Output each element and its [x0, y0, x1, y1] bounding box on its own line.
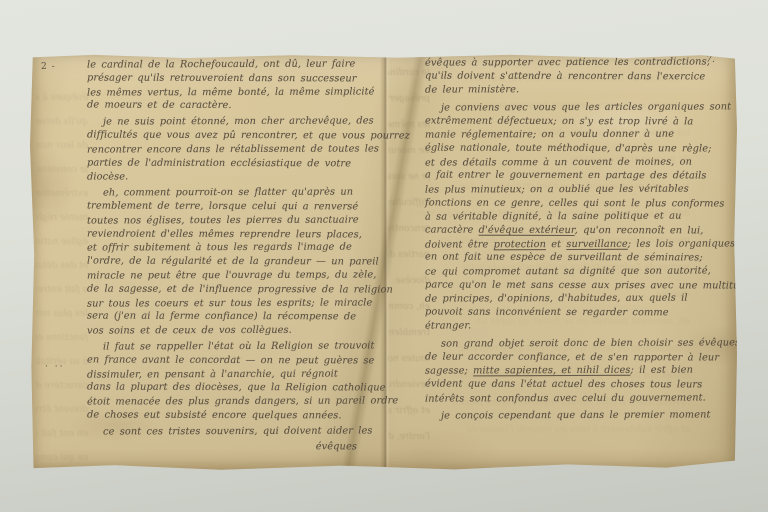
paragraph: je ne suis point étonné, mon cher archev…: [87, 115, 383, 184]
bleedthrough-line: eh, comment pourroit-on se flatter qu'ap…: [388, 294, 430, 320]
bleedthrough-line: tremblement de terre, lorsque celui qui …: [388, 320, 430, 346]
bleedthrough-line: fonctions en ce genre, celles qui sont l…: [36, 326, 88, 350]
manuscript-line: les plus minutieux; on a oublié que les …: [425, 182, 731, 197]
bleedthrough-line: extrêmement défectueux; on s'y est trop …: [36, 182, 88, 206]
paragraph: je conviens avec vous que les articles o…: [425, 101, 731, 333]
bleedthrough-line: et des détails comme à un couvent de moi…: [36, 254, 88, 278]
paragraph: il faut se rappeller l'état où la Religi…: [87, 340, 383, 423]
bleedthrough-line: je ne suis point étonné, mon cher archev…: [388, 164, 430, 190]
manuscript-line: en france avant le concordat — on ne peu…: [87, 353, 383, 368]
manuscript-line: diocèse.: [87, 170, 383, 185]
manuscript-line: dissimuler, en pensant à l'anarchie, qui…: [87, 367, 383, 382]
bleedthrough-line: le cardinal de la Rochefoucauld, ont dû,…: [388, 60, 430, 86]
bleedthrough-line: manie réglementaire; on a voulu donner à…: [36, 206, 88, 230]
bleedthrough-line: caractère d'évêque extérieur, qu'on reco…: [36, 374, 88, 398]
manuscript-line: miracle ne peut être que l'ouvrage du te…: [87, 268, 383, 283]
right-page-text: évêques à supporter avec patience les co…: [425, 56, 731, 423]
manuscript-line: dans la plupart des diocèses, que la Rel…: [87, 381, 383, 396]
manuscript-line: étoit menacée des plus grands dangers, s…: [87, 395, 383, 410]
paragraph: le cardinal de la Rochefoucauld, ont dû,…: [87, 58, 383, 113]
bleedthrough-line: en ont fait une espèce de surveillant de…: [36, 422, 88, 446]
paragraph: je conçois cependant que dans le premier…: [425, 409, 731, 423]
paragraph: eh, comment pourroit-on se flatter qu'ap…: [87, 186, 383, 338]
manuscript-line: rencontrer encore dans le rétablissement…: [87, 142, 383, 157]
bleedthrough-line: rencontrer encore dans le rétablissement…: [388, 216, 430, 242]
bleedthrough-line: présager qu'ils retrouveroient dans son …: [388, 86, 430, 112]
manuscript-line: sera (j'en ai la ferme confiance) la réc…: [87, 310, 383, 325]
manuscript-line: sagesse; mitte sapientes, et nihil dices…: [425, 364, 731, 379]
margin-mark: · ··: [45, 362, 64, 372]
manuscript-line: extrêmement défectueux; on s'y est trop …: [425, 114, 731, 129]
manuscript-line: et offrir subitement à tous les regards …: [87, 241, 383, 256]
manuscript-line: ce sont ces tristes souvenirs, qui doive…: [87, 424, 383, 439]
bleedthrough-line: qu'ils doivent s'attendre à rencontrer d…: [36, 110, 88, 134]
manuscript-line: caractère d'évêque extérieur, qu'on reco…: [425, 223, 731, 238]
bleedthrough-line: parties de l'administration ecclésiastiq…: [388, 242, 430, 268]
manuscript-line: son grand objet seroit donc de bien choi…: [425, 337, 731, 352]
manuscript-line: parce qu'on le met sans cesse aux prises…: [425, 278, 731, 293]
manuscript-line: manie réglementaire; on a voulu donner à…: [425, 128, 731, 143]
manuscript-line: difficultés que vous avez pû rencontrer,…: [87, 129, 383, 144]
manuscript-line: toutes nos églises, toutes les pierres d…: [87, 213, 383, 228]
bleedthrough-line: l'ordre, de la régularité et de la grand…: [388, 424, 430, 450]
manuscript-line: évident que dans l'état actuel des chose…: [425, 378, 731, 393]
bleedthrough-line: a fait entrer le gouvernement en partage…: [36, 278, 88, 302]
manuscript-line: de la sagesse, et de l'influence progres…: [87, 282, 383, 297]
manuscript-line: en ont fait une espèce de surveillant de…: [425, 251, 731, 266]
bleedthrough-line: je conviens avec vous que les articles o…: [36, 158, 88, 182]
manuscript-line: vos soins et de ceux de vos collègues.: [87, 324, 383, 339]
bleedthrough-line: évêques à supporter avec patience les co…: [36, 86, 88, 110]
paragraph: évêques à supporter avec patience les co…: [425, 56, 731, 97]
manuscript-line: de principes, d'opinions, d'habitudes, a…: [425, 292, 731, 307]
catchword: évêques: [87, 439, 383, 454]
bleedthrough-line: ce qui compromet autant sa dignité que s…: [36, 446, 88, 470]
manuscript-line: a fait entrer le gouvernement en partage…: [425, 169, 731, 184]
manuscript-line: étranger.: [425, 319, 731, 334]
manuscript-line: l'ordre, de la régularité et de la grand…: [87, 255, 383, 270]
manuscript-line: sur tous les coeurs et sur tous les espr…: [87, 296, 383, 311]
bleedthrough-line: de leur ministère.: [36, 134, 88, 158]
paragraph: son grand objet seroit donc de bien choi…: [425, 337, 731, 405]
manuscript-line: présager qu'ils retrouveroient dans son …: [87, 71, 383, 86]
manuscript-line: fonctions en ce genre, celles qui sont l…: [425, 196, 731, 211]
manuscript-line: intérêts sont confondus avec celui du go…: [425, 391, 731, 406]
manuscript-line: eh, comment pourroit-on se flatter qu'ap…: [87, 186, 383, 201]
manuscript-line: il faut se rappeller l'état où la Religi…: [87, 339, 383, 354]
manuscript-line: tremblement de terre, lorsque celui qui …: [87, 200, 383, 215]
manuscript-line: ce qui compromet autant sa dignité que s…: [425, 264, 731, 279]
manuscript-line: et des détails comme à un couvent de moi…: [425, 155, 731, 170]
bleedthrough-line: toutes nos églises, toutes les pierres d…: [388, 346, 430, 372]
manuscript-line: à sa véritable dignité, à la saine polit…: [425, 210, 731, 225]
bleedthrough-line: diocèse.: [388, 268, 430, 294]
manuscript-line: évêques à supporter avec patience les co…: [425, 55, 731, 70]
manuscript-line: le cardinal de la Rochefoucauld, ont dû,…: [87, 57, 383, 72]
bleedthrough-line: reviendroient d'elles mêmes reprendre le…: [388, 372, 430, 398]
bleedthrough-line: doivent être protection et surveillance;…: [36, 398, 88, 422]
manuscript-line: je ne suis point étonné, mon cher archev…: [87, 115, 383, 130]
bleedthrough-line: difficultés que vous avez pû rencontrer,…: [388, 190, 430, 216]
manuscript-spread: évêques à supporter avec patience les co…: [30, 54, 737, 471]
manuscript-line: église nationale, toute méthodique, d'ap…: [425, 141, 731, 156]
manuscript-line: de moeurs et de caractère.: [87, 99, 383, 114]
manuscript-line: je conviens avec vous que les articles o…: [425, 100, 731, 115]
photograph-backdrop: évêques à supporter avec patience les co…: [0, 0, 768, 512]
paragraph: ce sont ces tristes souvenirs, qui doive…: [87, 425, 383, 439]
bleedthrough-line: les plus minutieux; on a oublié que les …: [36, 302, 88, 326]
left-page-text: le cardinal de la Rochefoucauld, ont dû,…: [87, 58, 383, 453]
manuscript-line: doivent être protection et surveillance;…: [425, 237, 731, 252]
bleedthrough-line: de moeurs et de caractère.: [388, 138, 430, 164]
archive-number: 2 -: [41, 62, 56, 72]
manuscript-line: de choses eut subsisté encore quelques a…: [87, 408, 383, 423]
bleedthrough-left-margin: évêques à supporter avec patience les co…: [36, 86, 88, 490]
bleedthrough-line: église nationale, toute méthodique, d'ap…: [36, 230, 88, 254]
manuscript-line: de leur ministère.: [425, 83, 731, 98]
manuscript-line: je conçois cependant que dans le premier…: [425, 409, 731, 424]
